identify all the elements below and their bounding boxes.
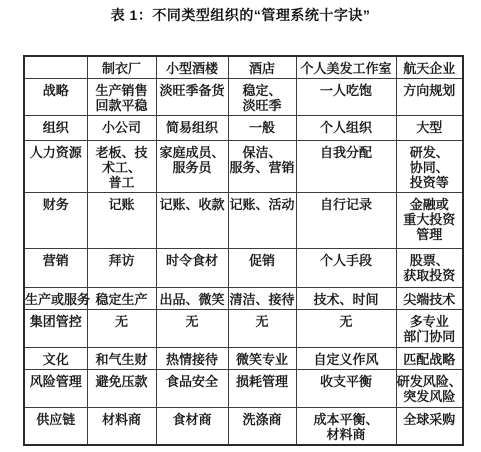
table-cell: 技术、时间 bbox=[296, 288, 396, 310]
table-title: 表 1：不同类型组织的“管理系统十字诀” bbox=[0, 6, 481, 25]
table-cell: 无 bbox=[156, 310, 228, 348]
table-row: 供应链 材料商 食材商 洗涤商 成本平衡、 材料商 全球采购 bbox=[24, 408, 463, 446]
row-label-human-resources: 人力资源 bbox=[24, 141, 87, 193]
table-cell: 股票、 获取投资 bbox=[396, 249, 463, 288]
table-cell: 热情接待 bbox=[156, 348, 228, 370]
row-label-supply-chain: 供应链 bbox=[24, 408, 87, 446]
table-cell: 老板、技 术工、 普工 bbox=[87, 141, 156, 193]
table-row: 集团管控 无 无 无 无 多专业 部门协同 bbox=[24, 310, 463, 348]
table-cell: 金融或 重大投资 管理 bbox=[396, 193, 463, 249]
table-cell: 研发、 协同、 投资等 bbox=[396, 141, 463, 193]
table-cell: 无 bbox=[87, 310, 156, 348]
table-cell: 个人手段 bbox=[296, 249, 396, 288]
table-row: 风险管理 避免压款 食品安全 损耗管理 收支平衡 研发风险、 突发风险 bbox=[24, 370, 463, 408]
col-header-hotel: 酒店 bbox=[228, 56, 296, 79]
table-cell: 一人吃饱 bbox=[296, 79, 396, 116]
table-cell: 收支平衡 bbox=[296, 370, 396, 408]
table-row: 财务 记账 记账、收款 记账、活动 自行记录 金融或 重大投资 管理 bbox=[24, 193, 463, 249]
table-row: 营销 拜访 时令食材 促销 个人手段 股票、 获取投资 bbox=[24, 249, 463, 288]
table-cell: 食品安全 bbox=[156, 370, 228, 408]
col-header-garment-factory: 制衣厂 bbox=[87, 56, 156, 79]
row-label-organization: 组织 bbox=[24, 116, 87, 141]
table-cell: 无 bbox=[296, 310, 396, 348]
table-cell: 材料商 bbox=[87, 408, 156, 446]
row-label-culture: 文化 bbox=[24, 348, 87, 370]
table-cell: 生产销售 回款平稳 bbox=[87, 79, 156, 116]
row-label-finance: 财务 bbox=[24, 193, 87, 249]
table-cell: 记账、活动 bbox=[228, 193, 296, 249]
table-cell: 出品、微笑 bbox=[156, 288, 228, 310]
table-row: 人力资源 老板、技 术工、 普工 家庭成员、 服务员 保洁、 服务、营销 自我分… bbox=[24, 141, 463, 193]
table-cell: 尖端技术 bbox=[396, 288, 463, 310]
table-cell: 记账、收款 bbox=[156, 193, 228, 249]
col-header-aerospace-enterprise: 航天企业 bbox=[396, 56, 463, 79]
table-cell: 全球采购 bbox=[396, 408, 463, 446]
table-cell: 研发风险、 突发风险 bbox=[396, 370, 463, 408]
table-cell: 淡旺季备货 bbox=[156, 79, 228, 116]
row-label-strategy: 战略 bbox=[24, 79, 87, 116]
table-cell: 稳定、 淡旺季 bbox=[228, 79, 296, 116]
table-cell: 无 bbox=[228, 310, 296, 348]
management-system-table: 制衣厂 小型酒楼 酒店 个人美发工作室 航天企业 战略 生产销售 回款平稳 淡旺… bbox=[23, 55, 464, 446]
table-cell: 保洁、 服务、营销 bbox=[228, 141, 296, 193]
table-cell: 简易组织 bbox=[156, 116, 228, 141]
col-header-personal-hair-studio: 个人美发工作室 bbox=[296, 56, 396, 79]
table-cell: 微笑专业 bbox=[228, 348, 296, 370]
table-cell: 多专业 部门协同 bbox=[396, 310, 463, 348]
table-cell: 和气生财 bbox=[87, 348, 156, 370]
table-row: 文化 和气生财 热情接待 微笑专业 自定义作风 匹配战略 bbox=[24, 348, 463, 370]
table-cell: 拜访 bbox=[87, 249, 156, 288]
table-cell: 个人组织 bbox=[296, 116, 396, 141]
table-cell: 成本平衡、 材料商 bbox=[296, 408, 396, 446]
header-row: 制衣厂 小型酒楼 酒店 个人美发工作室 航天企业 bbox=[24, 56, 463, 79]
table-cell: 家庭成员、 服务员 bbox=[156, 141, 228, 193]
table-cell: 时令食材 bbox=[156, 249, 228, 288]
row-label-production-or-service: 生产或服务 bbox=[24, 288, 87, 310]
table-cell: 大型 bbox=[396, 116, 463, 141]
table-cell: 促销 bbox=[228, 249, 296, 288]
table-cell: 一般 bbox=[228, 116, 296, 141]
table-cell: 食材商 bbox=[156, 408, 228, 446]
col-header-small-restaurant: 小型酒楼 bbox=[156, 56, 228, 79]
table-row: 战略 生产销售 回款平稳 淡旺季备货 稳定、 淡旺季 一人吃饱 方向规划 bbox=[24, 79, 463, 116]
row-label-marketing: 营销 bbox=[24, 249, 87, 288]
table-cell: 匹配战略 bbox=[396, 348, 463, 370]
table-cell: 洗涤商 bbox=[228, 408, 296, 446]
table-cell: 自我分配 bbox=[296, 141, 396, 193]
table-cell: 方向规划 bbox=[396, 79, 463, 116]
row-label-risk-management: 风险管理 bbox=[24, 370, 87, 408]
table-cell: 自行记录 bbox=[296, 193, 396, 249]
table-cell: 清洁、接待 bbox=[228, 288, 296, 310]
table-row: 组织 小公司 简易组织 一般 个人组织 大型 bbox=[24, 116, 463, 141]
corner-cell bbox=[24, 56, 87, 79]
table-cell: 自定义作风 bbox=[296, 348, 396, 370]
table-cell: 小公司 bbox=[87, 116, 156, 141]
row-label-group-control: 集团管控 bbox=[24, 310, 87, 348]
table-cell: 稳定生产 bbox=[87, 288, 156, 310]
table-cell: 避免压款 bbox=[87, 370, 156, 408]
table-row: 生产或服务 稳定生产 出品、微笑 清洁、接待 技术、时间 尖端技术 bbox=[24, 288, 463, 310]
table-cell: 损耗管理 bbox=[228, 370, 296, 408]
table-cell: 记账 bbox=[87, 193, 156, 249]
